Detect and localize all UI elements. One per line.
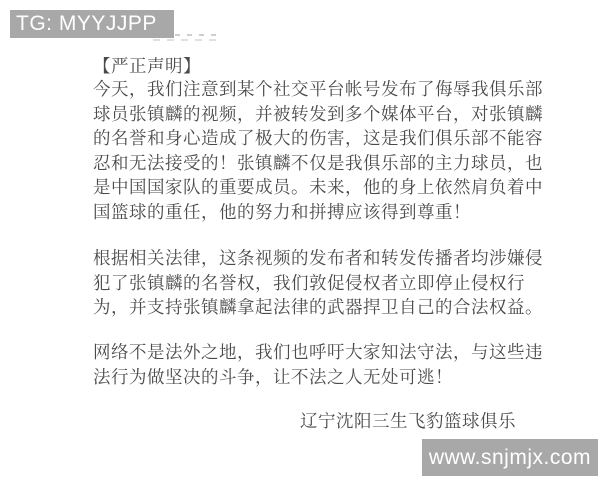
cropped-text-remnant: [151, 34, 219, 42]
statement-page: TG: MYYJJPP 【严正声明】 今天，我们注意到某个社交平台帐号发布了侮辱…: [0, 0, 600, 480]
statement-paragraph-1: 今天，我们注意到某个社交平台帐号发布了侮辱我俱乐部 球员张镇麟的视频，并被转发到…: [93, 77, 573, 224]
statement-signature: 辽宁沈阳三生飞豹篮球俱乐: [300, 409, 516, 434]
telegram-watermark-badge: TG: MYYJJPP: [10, 10, 174, 38]
statement-title: 【严正声明】: [93, 54, 201, 79]
website-watermark-badge: www.snjmjx.com: [422, 439, 598, 476]
statement-paragraph-2: 根据相关法律，这条视频的发布者和转发传播者均涉嫌侵 犯了张镇麟的名誉权，我们敦促…: [93, 246, 573, 320]
statement-paragraph-3: 网络不是法外之地，我们也呼吁大家知法守法，与这些违 法行为做坚决的斗争，让不法之…: [93, 340, 573, 389]
